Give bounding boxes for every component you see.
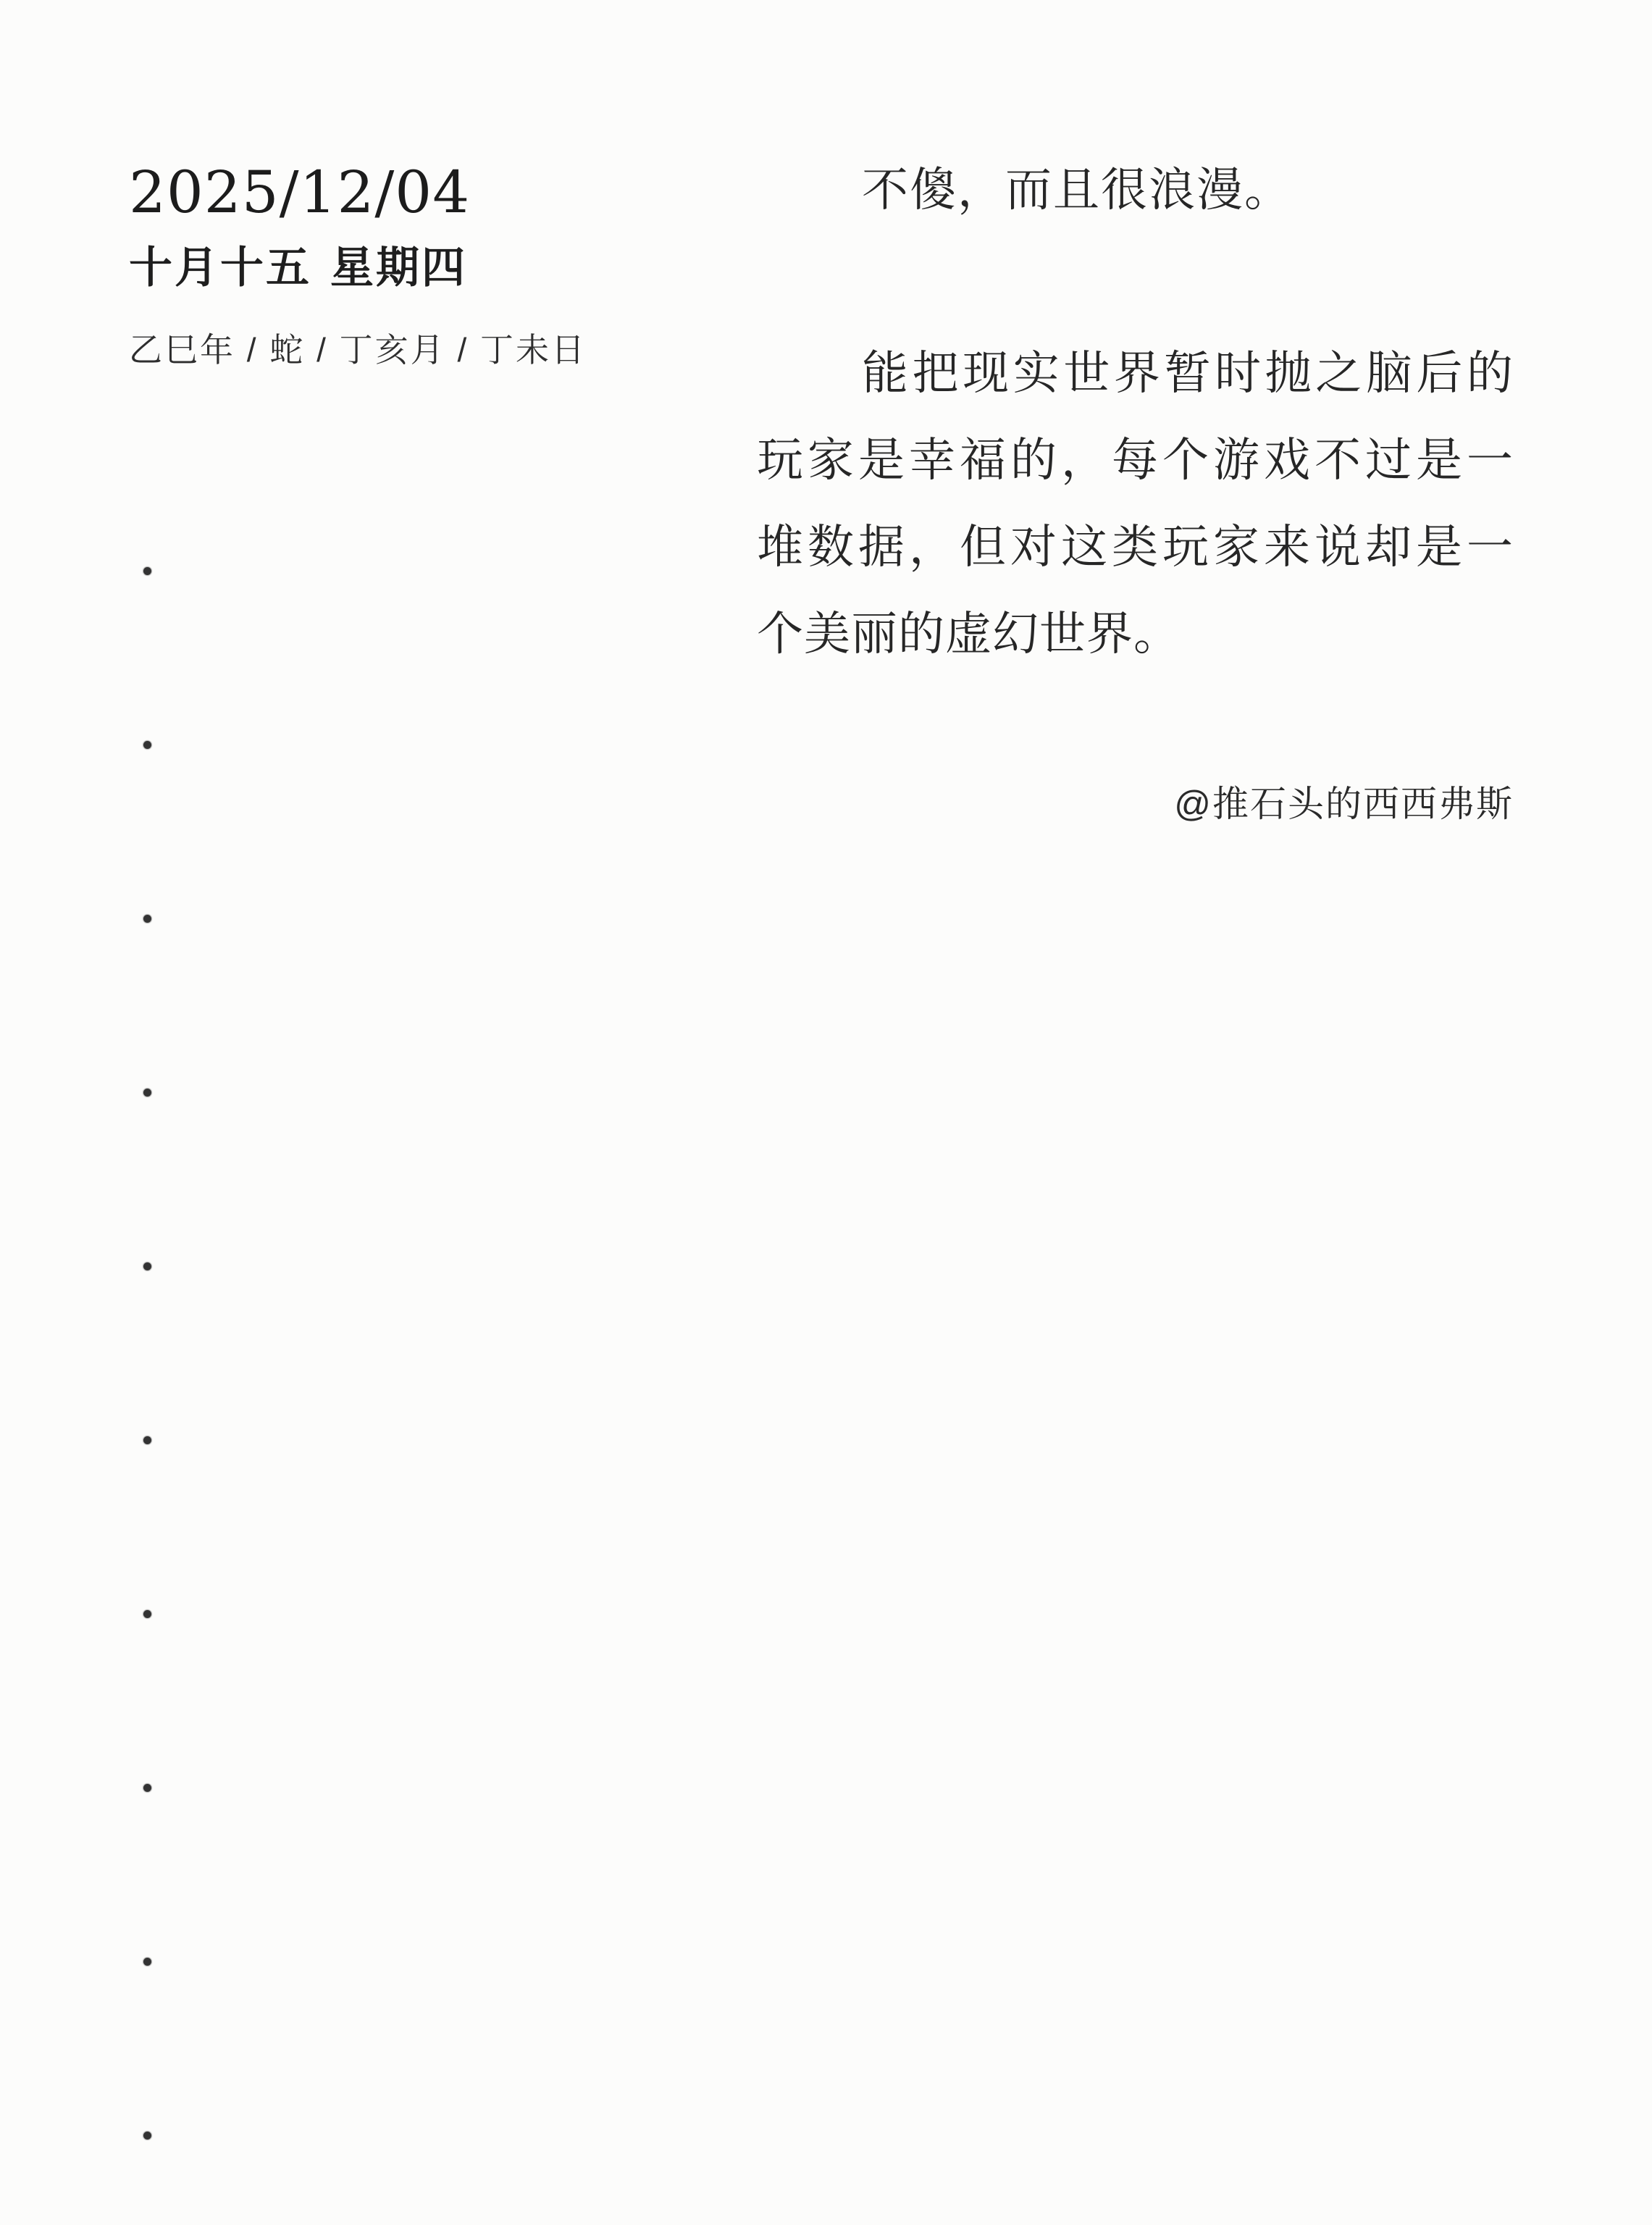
quote-body: 能把现实世界暂时抛之脑后的 玩家是幸福的，每个游戏不过是一 堆数据，但对这类玩家… [757, 330, 1514, 677]
bullet-dot [143, 1958, 151, 1966]
bullet-dot [143, 1089, 151, 1097]
bullet-dot [143, 1436, 151, 1444]
bullet-dot [143, 915, 151, 923]
quote-body-line: 能把现实世界暂时抛之脑后的 [757, 330, 1514, 416]
weekday: 星期四 [330, 243, 467, 292]
quote-attribution: @推石头的西西弗斯 [757, 779, 1514, 829]
lunar-date: 十月十五 [129, 243, 311, 292]
bullet-dot [143, 1262, 151, 1270]
bullet-dot [143, 741, 151, 749]
lunar-date-row: 十月十五星期四 [129, 246, 467, 290]
bullet-dot [143, 567, 151, 575]
ganzhi-line: 乙巳年 / 蛇 / 丁亥月 / 丁未日 [129, 332, 587, 369]
quote-intro-line: 不傻，而且很浪漫。 [757, 161, 1514, 219]
quote-body-line: 堆数据，但对这类玩家来说却是一 [757, 503, 1514, 590]
bullet-dot [143, 1610, 151, 1618]
quote-body-line: 个美丽的虚幻世界。 [757, 590, 1514, 677]
calendar-page: 2025/12/04 十月十五星期四 乙巳年 / 蛇 / 丁亥月 / 丁未日 不… [0, 0, 1652, 2225]
quote-body-line: 玩家是幸福的，每个游戏不过是一 [757, 416, 1514, 503]
gregorian-date: 2025/12/04 [129, 164, 470, 222]
bullet-dot [143, 2132, 151, 2140]
bullet-dot [143, 1784, 151, 1792]
